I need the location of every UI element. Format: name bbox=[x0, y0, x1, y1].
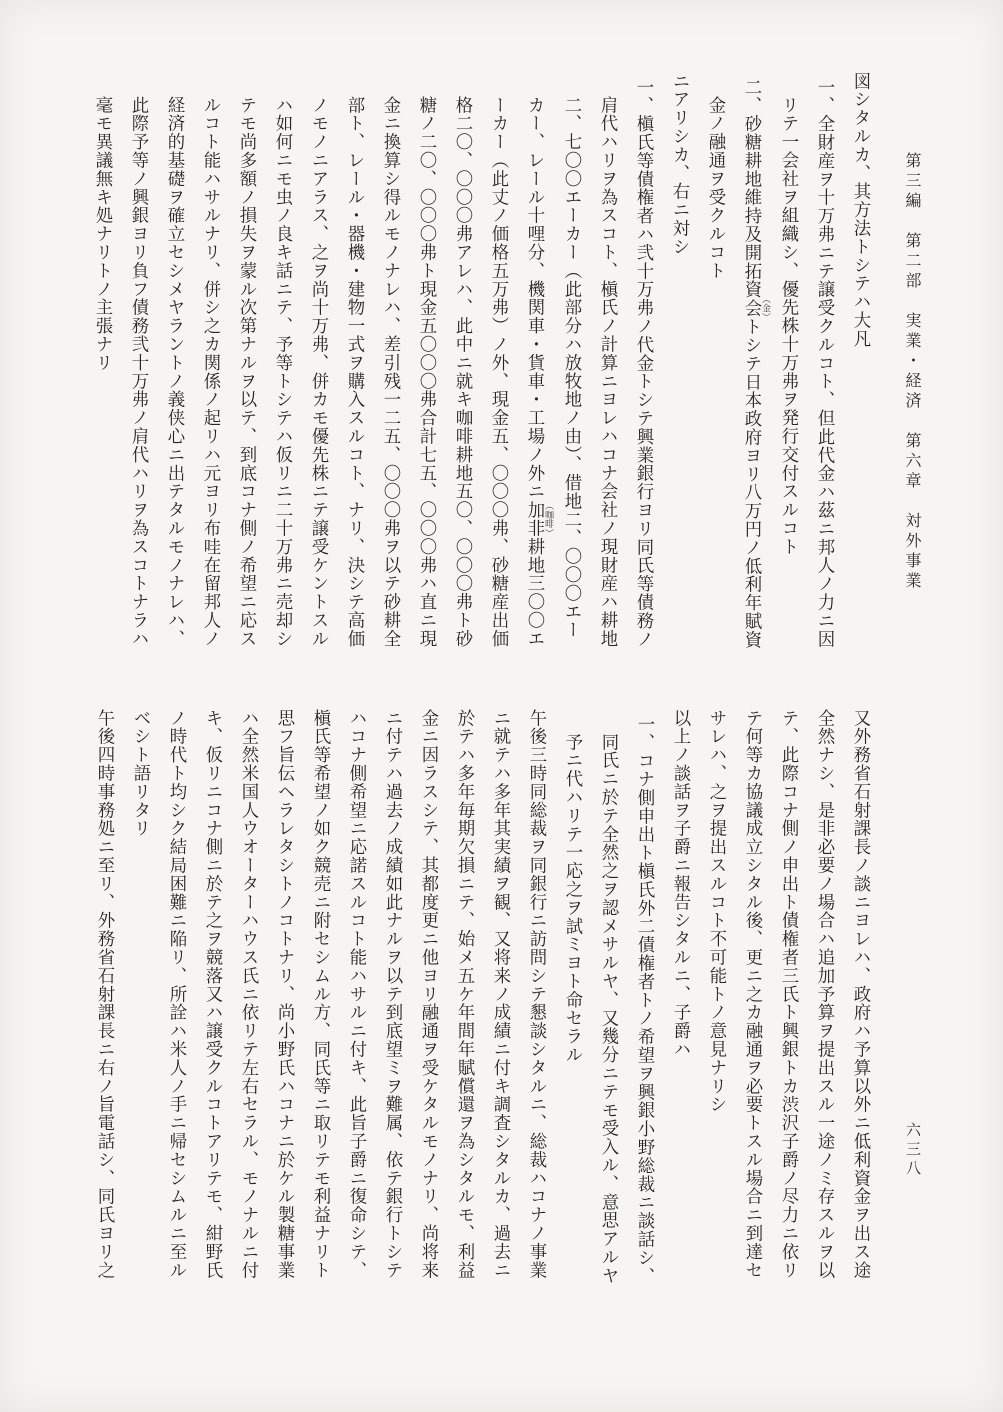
text-column: ノモノニアラス、之ヲ尚十万弗、併カモ優先株ニテ譲受ケントスル bbox=[301, 72, 337, 678]
text-column: 午後三時同総裁ヲ同銀行ニ訪問シテ懇談シタルニ、総裁ハコナノ事業 bbox=[519, 709, 555, 1315]
text-column: 肩代ハリヲ為スコト、槇氏ノ計算ニヨレハコナ会社ノ現財産ハ耕地 bbox=[590, 72, 626, 678]
text-column: 思フ旨伝ヘラレタシトノコトナリ、尚小野氏ハコナニ於ケル製糖事業 bbox=[267, 709, 303, 1315]
text-column: 糖ノ二〇、〇〇〇弗ト現金五〇〇〇弗合計七五、〇〇〇弗ハ直ニ現 bbox=[409, 72, 445, 678]
text-column: ニ就テハ多年其実績ヲ観、又将来ノ成績ニ付キ調査シタルカ、過去ニ bbox=[483, 709, 519, 1315]
text-column: 一、全財産ヲ十万弗ニテ譲受クルコト、但此代金ハ茲ニ邦人ノ力ニ因 bbox=[807, 72, 843, 678]
upper-text-block: 図シタルカ、其方法トシテハ大凡一、全財産ヲ十万弗ニテ譲受クルコト、但此代金ハ茲ニ… bbox=[85, 72, 879, 678]
text-column: ノ時代ト均シク結局困難ニ陥リ、所詮ハ米人ノ手ニ帰セシムルニ至ル bbox=[159, 709, 195, 1315]
inline-annotation: 会（金） bbox=[742, 299, 762, 318]
text-column: テモ尚多額ノ損失ヲ蒙ル次第ナルヲ以テ、到底コナ側ノ希望ニ応ス bbox=[229, 72, 265, 678]
text-column: 二、砂糖耕地維持及開拓資会（金）トシテ日本政府ヨリ八万円ノ低利年賦資 bbox=[734, 72, 771, 678]
text-column: 予ニ代ハリテ一応之ヲ試ミヨト命セラル bbox=[555, 709, 591, 1315]
text-column: 又外務省石射課長ノ談ニヨレハ、政府ハ予算以外ニ低利資金ヲ出ス途 bbox=[843, 709, 879, 1315]
text-column: 以上ノ談話ヲ子爵ニ報告シタルニ、子爵ハ bbox=[663, 709, 699, 1315]
text-column: 二、七〇〇エーカー（此部分ハ放牧地ノ由）、借地二、〇〇〇エー bbox=[554, 72, 590, 678]
text-column: ハコナ側希望ニ応諾スルコト能ハサルニ付キ、此旨子爵ニ復命シテ、 bbox=[339, 709, 375, 1315]
text-column: 一、コナ側申出ト槇氏外二債権者トノ希望ヲ興銀小野総裁ニ談話シ、 bbox=[627, 709, 663, 1315]
text-column: 格二〇、〇〇〇弗アレハ、此中ニ就キ咖啡耕地五〇、〇〇〇弗ト砂 bbox=[445, 72, 481, 678]
text-column: 午後四時事務処ニ至リ、外務省石射課長ニ右ノ旨電話シ、同氏ヨリ之 bbox=[87, 709, 123, 1315]
text-column: 金ニ換算シ得ルモノナレハ、差引残一二五、〇〇〇弗ヲ以テ砂耕全 bbox=[373, 72, 409, 678]
text-column: カー、レール十哩分、機関車・貨車・工場ノ外ニ加非（咖啡）耕地三〇〇エ bbox=[517, 72, 554, 678]
text-column: テ何等カ協議成立シタル後、更ニ之カ融通ヲ必要トスル場合ニ到達セ bbox=[735, 709, 771, 1315]
text-column: 図シタルカ、其方法トシテハ大凡 bbox=[843, 72, 879, 678]
text-column: 毫モ異議無キ処ナリトノ主張ナリ bbox=[85, 72, 121, 678]
text-column: 於テハ多年毎期欠損ニテ、始メ五ケ年間年賦償還ヲ為シタルモ、利益 bbox=[447, 709, 483, 1315]
text-column: テ、此際コナ側ノ申出ト債権者三氏ト興銀トカ渋沢子爵ノ尽力ニ依リ bbox=[771, 709, 807, 1315]
lower-text-block: 又外務省石射課長ノ談ニヨレハ、政府ハ予算以外ニ低利資金ヲ出ス途全然ナシ、是非必要… bbox=[85, 709, 879, 1315]
text-column: ハ全然米国人ウオーターハウス氏ニ依リテ左右セラル、モノナルニ付 bbox=[231, 709, 267, 1315]
inline-annotation: 加非（咖啡） bbox=[525, 501, 545, 538]
text-column: サレハ、之ヲ提出スルコト不可能トノ意見ナリシ bbox=[699, 709, 735, 1315]
text-column: 槇氏等希望ノ如ク競売ニ附セシムル方、同氏等ニ取リテモ利益ナリト bbox=[303, 709, 339, 1315]
text-column: 金ニ因ラスシテ、其都度更ニ他ヨリ融通ヲ受ケタルモノナリ、尚将来 bbox=[411, 709, 447, 1315]
text-column: 同氏ニ於テ全然之ヲ認メサルヤ、又幾分ニテモ受入ル、意思アルヤ bbox=[591, 709, 627, 1315]
chapter-header: 第三編 第二部 実業・経済 第六章 対外事業 bbox=[900, 152, 923, 612]
document-page: 第三編 第二部 実業・経済 第六章 対外事業 六三八 図シタルカ、其方法トシテハ… bbox=[0, 0, 1003, 1412]
text-column: ベシト語リタリ bbox=[123, 709, 159, 1315]
text-column: ニアリシカ、右ニ対シ bbox=[662, 72, 698, 678]
text-column: キ、仮リニコナ側ニ於テ之ヲ競落又ハ譲受クルコトアリテモ、紺野氏 bbox=[195, 709, 231, 1315]
text-column: 全然ナシ、是非必要ノ場合ハ追加予算ヲ提出スル一途ノミ存スルヲ以 bbox=[807, 709, 843, 1315]
text-column: ーカー（此丈ノ価格五万弗）ノ外、現金五、〇〇〇弗、砂糖産出価 bbox=[481, 72, 517, 678]
text-column: 部ト、レール・器機・建物一式ヲ購入スルコト、ナリ、決シテ高価 bbox=[337, 72, 373, 678]
text-column: ハ如何ニモ虫ノ良キ話ニテ、予等トシテハ仮リニ二十万弗ニ売却シ bbox=[265, 72, 301, 678]
text-column: ルコト能ハサルナリ、併シ之カ関係ノ起リハ元ヨリ布哇在留邦人ノ bbox=[193, 72, 229, 678]
text-column: リテ一会社ヲ組織シ、優先株十万弗ヲ発行交付スルコト bbox=[771, 72, 807, 678]
page-number: 六三八 bbox=[902, 1122, 923, 1212]
text-column: 金ノ融通ヲ受クルコト bbox=[698, 72, 734, 678]
text-column: 一、槇氏等債権者ハ弐十万弗ノ代金トシテ興業銀行ヨリ同氏等債務ノ bbox=[626, 72, 662, 678]
text-column: 経済的基礎ヲ確立セシメヤラントノ義侠心ニ出テタルモノナレハ、 bbox=[157, 72, 193, 678]
text-column: ニ付テハ過去ノ成績如此ナルヲ以テ到底望ミヲ難属、依テ銀行トシテ bbox=[375, 709, 411, 1315]
text-column: 此際予等ノ興銀ヨリ負フ債務弐十万弗ノ肩代ハリヲ為スコトナラハ bbox=[121, 72, 157, 678]
